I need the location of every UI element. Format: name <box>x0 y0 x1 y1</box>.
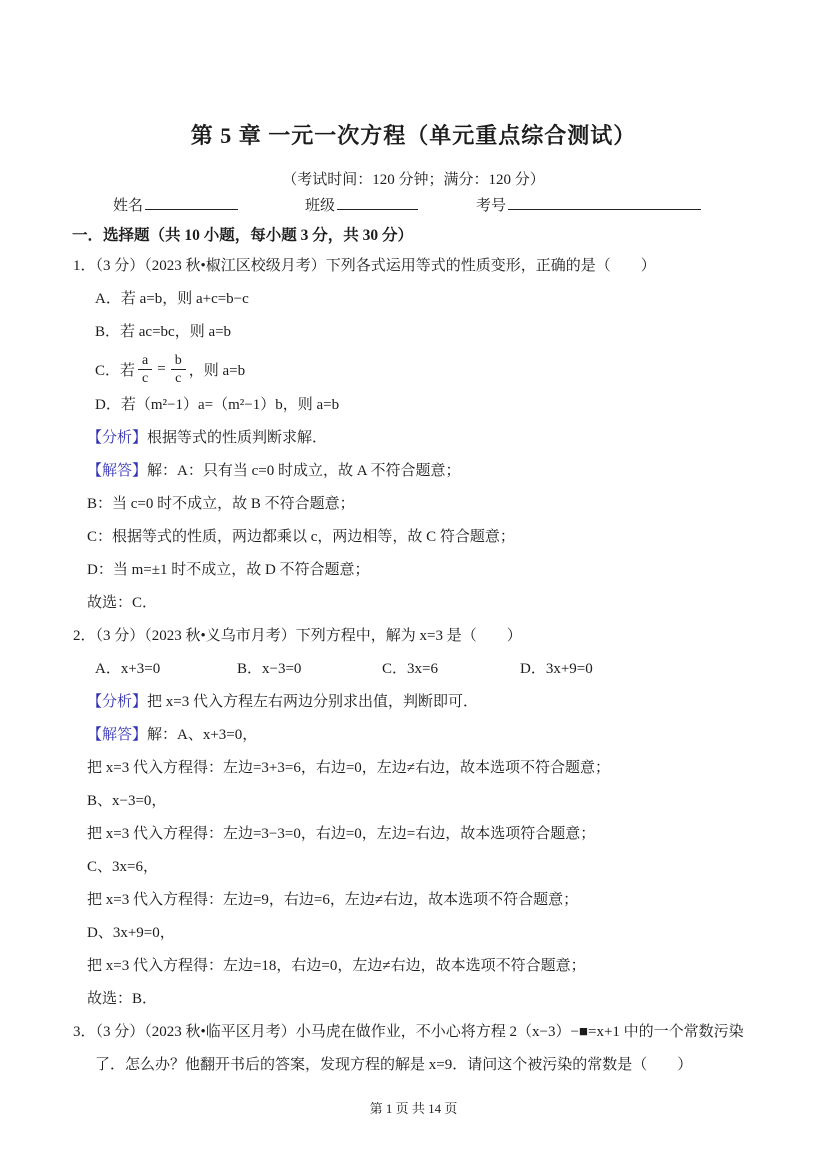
name-blank-line <box>145 193 238 210</box>
q1-option-a: A．若 a=b，则 a+c=b−c <box>0 283 827 316</box>
q2-final-answer: 故选：B． <box>0 983 827 1016</box>
solution-line: 把 x=3 代入方程得：左边=3−3=0，右边=0，左边=右边，故本选项符合题意… <box>0 818 827 851</box>
class-label: 班级 <box>305 198 335 214</box>
name-label: 姓名 <box>113 198 143 214</box>
analysis-label: 【分析】 <box>87 694 147 710</box>
analysis-label: 【分析】 <box>87 430 147 446</box>
q1-option-c: C．若 ac = bc ，则 a=b <box>0 349 827 389</box>
equals-sign: = <box>157 361 165 378</box>
name-field: 姓名 <box>113 193 238 215</box>
solution-line: B：当 c=0 时不成立，故 B 不符合题意； <box>0 488 827 521</box>
fraction-b-over-c: bc <box>171 352 186 387</box>
solution-line: 把 x=3 代入方程得：左边=3+3=6，右边=0，左边≠右边，故本选项不符合题… <box>0 752 827 785</box>
solution-line: C、3x=6， <box>0 851 827 884</box>
q2-answer-text: 解：A、x+3=0， <box>147 727 257 743</box>
class-field: 班级 <box>305 193 418 215</box>
document-body: 1．（3 分）（2023 秋•椒江区校级月考）下列各式运用等式的性质变形，正确的… <box>0 250 827 1082</box>
q2-option-a: A．x+3=0 <box>95 653 160 686</box>
exam-info: （考试时间：120 分钟；满分：120 分） <box>0 168 827 189</box>
q1-option-b: B．若 ac=bc，则 a=b <box>0 316 827 349</box>
document-page: 第 5 章 一元一次方程（单元重点综合测试） （考试时间：120 分钟；满分：1… <box>0 0 827 1169</box>
q2-analysis: 【分析】把 x=3 代入方程左右两边分别求出值，判断即可． <box>0 686 827 719</box>
fraction-a-over-c: ac <box>138 352 152 387</box>
q1-option-c-suffix: ，则 a=b <box>189 359 245 380</box>
examno-field: 考号 <box>476 193 701 215</box>
page-title: 第 5 章 一元一次方程（单元重点综合测试） <box>0 119 827 150</box>
examno-blank-line <box>508 193 701 210</box>
q1-answer: 【解答】解：A：只有当 c=0 时成立，故 A 不符合题意； <box>0 455 827 488</box>
q2-option-b: B．x−3=0 <box>237 653 301 686</box>
q3-stem-line2: 了．怎么办？他翻开书后的答案，发现方程的解是 x=9．请问这个被污染的常数是（ … <box>0 1049 827 1082</box>
q1-analysis-text: 根据等式的性质判断求解． <box>147 430 327 446</box>
examno-label: 考号 <box>476 198 506 214</box>
class-blank-line <box>337 193 418 210</box>
student-fields-row: 姓名 班级 考号 <box>0 193 827 217</box>
q2-analysis-text: 把 x=3 代入方程左右两边分别求出值，判断即可． <box>147 694 478 710</box>
q2-stem: 2．（3 分）（2023 秋•义乌市月考）下列方程中，解为 x=3 是（ ） <box>0 620 827 653</box>
answer-label: 【解答】 <box>87 463 147 479</box>
q1-option-d: D．若（m²−1）a=（m²−1）b，则 a=b <box>0 389 827 422</box>
solution-line: 把 x=3 代入方程得：左边=9，右边=6，左边≠右边，故本选项不符合题意； <box>0 884 827 917</box>
solution-line: 把 x=3 代入方程得：左边=18，右边=0，左边≠右边，故本选项不符合题意； <box>0 950 827 983</box>
solution-line: D、3x+9=0， <box>0 917 827 950</box>
q1-analysis: 【分析】根据等式的性质判断求解． <box>0 422 827 455</box>
solution-line: B、x−3=0， <box>0 785 827 818</box>
q1-option-c-prefix: C．若 <box>95 359 135 380</box>
q1-answer-text: 解：A：只有当 c=0 时成立，故 A 不符合题意； <box>147 463 460 479</box>
q2-option-c: C．3x=6 <box>382 653 438 686</box>
q2-answer: 【解答】解：A、x+3=0， <box>0 719 827 752</box>
q2-option-d: D．3x+9=0 <box>520 653 593 686</box>
answer-label: 【解答】 <box>87 727 147 743</box>
solution-line: C：根据等式的性质，两边都乘以 c，两边相等，故 C 符合题意； <box>0 521 827 554</box>
solution-line: D：当 m=±1 时不成立，故 D 不符合题意； <box>0 554 827 587</box>
q3-stem-line1: 3．（3 分）（2023 秋•临平区月考）小马虎在做作业，不小心将方程 2（x−… <box>0 1016 827 1049</box>
page-footer: 第 1 页 共 14 页 <box>0 1098 827 1117</box>
q2-options-row: A．x+3=0 B．x−3=0 C．3x=6 D．3x+9=0 <box>0 653 827 686</box>
q1-stem: 1．（3 分）（2023 秋•椒江区校级月考）下列各式运用等式的性质变形，正确的… <box>0 250 827 283</box>
section-heading: 一．选择题（共 10 小题，每小题 3 分，共 30 分） <box>72 223 413 245</box>
q1-final-answer: 故选：C． <box>0 587 827 620</box>
